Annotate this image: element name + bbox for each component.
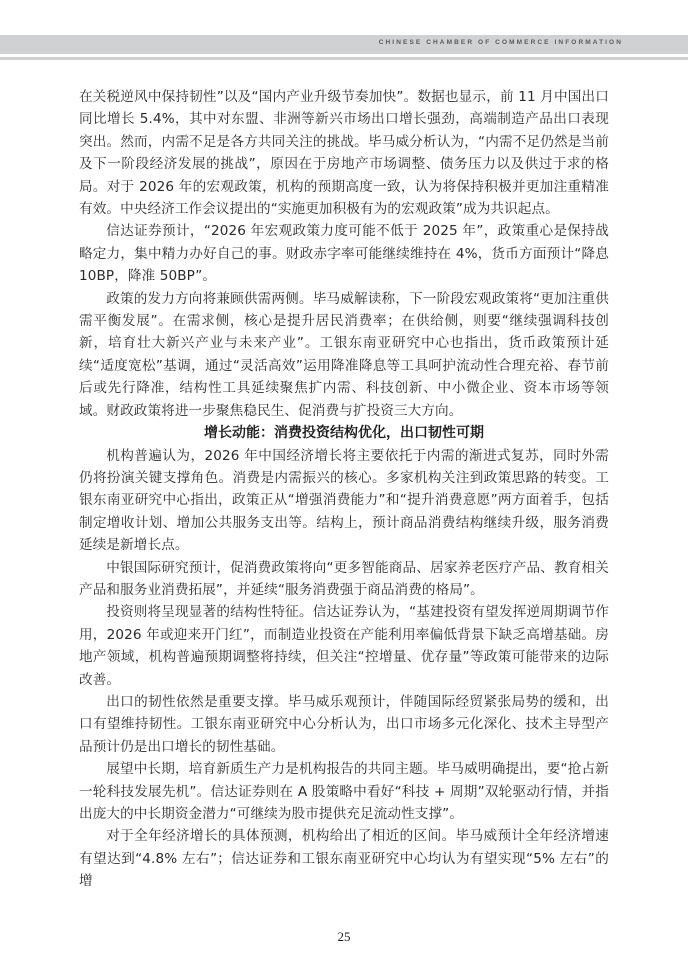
header-divider: [0, 57, 688, 60]
paragraph: 信达证券预计，“2026 年宏观政策力度可能不低于 2025 年”，政策重心是保…: [79, 220, 609, 287]
section-heading: 增长动能：消费投资结构优化，出口韧性可期: [79, 422, 609, 444]
paragraph: 政策的发力方向将兼顾供需两侧。毕马威解读称，下一阶段宏观政策将“更加注重供需平衡…: [79, 288, 609, 422]
paragraph: 对于全年经济增长的具体预测，机构给出了相近的区间。毕马威预计全年经济增速有望达到…: [79, 825, 609, 892]
paragraph: 投资则将呈现显著的结构性特征。信达证券认为，“基建投资有望发挥逆周期调节作用，2…: [79, 601, 609, 691]
page-number: 25: [0, 929, 688, 945]
paragraph: 出口的韧性依然是重要支撑。毕马威乐观预计，伴随国际经贸紧张局势的缓和，出口有望维…: [79, 691, 609, 758]
paragraph: 中银国际研究预计，促消费政策将向“更多智能商品、居家养老医疗产品、教育相关产品和…: [79, 557, 609, 602]
article-body: 在关税逆风中保持韧性”以及“国内产业升级节奏加快”。数据也显示，前 11 月中国…: [79, 86, 609, 893]
paragraph: 机构普遍认为，2026 年中国经济增长将主要依托于内需的渐进式复苏，同时外需仍将…: [79, 445, 609, 557]
paragraph: 展望中长期，培育新质生产力是机构报告的共同主题。毕马威明确提出，要“抢占新一轮科…: [79, 758, 609, 825]
publication-title: CHINESE CHAMBER OF COMMERCE INFORMATION: [379, 39, 623, 46]
publication-header-bar: CHINESE CHAMBER OF COMMERCE INFORMATION: [0, 35, 688, 54]
paragraph: 在关税逆风中保持韧性”以及“国内产业升级节奏加快”。数据也显示，前 11 月中国…: [79, 86, 609, 220]
